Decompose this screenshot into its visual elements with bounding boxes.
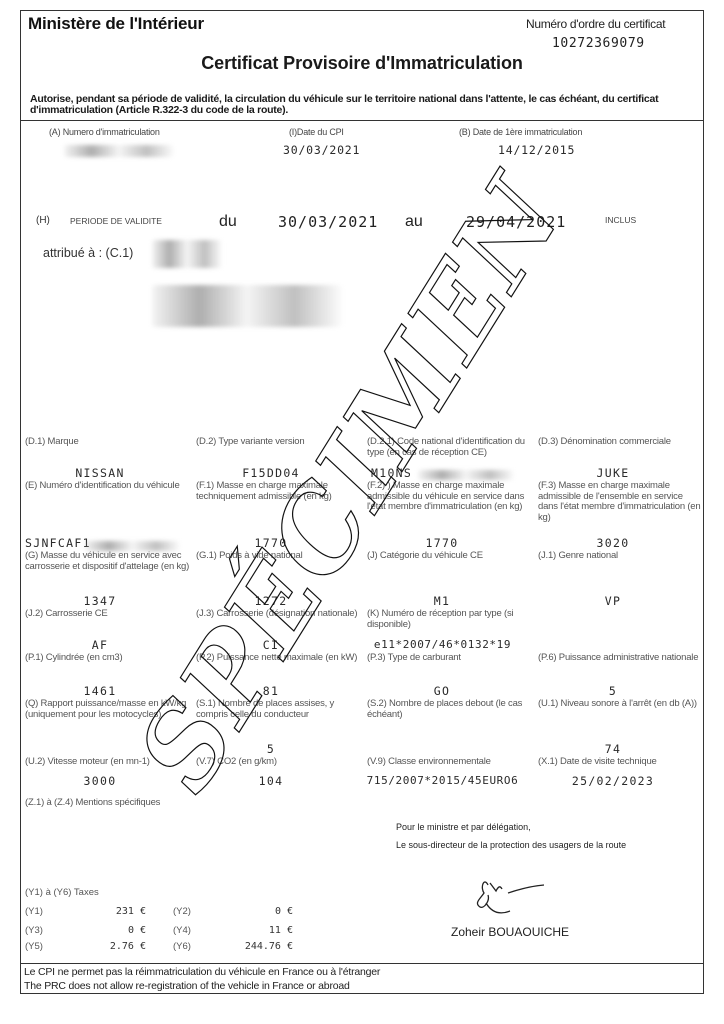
field-label: (Q) Rapport puissance/masse en kW/kg (un… — [25, 699, 190, 720]
order-number-label: Numéro d'ordre du certificat — [526, 17, 665, 31]
cpi-date-value: 30/03/2021 — [283, 143, 360, 157]
first-registration-date-value: 14/12/2015 — [498, 143, 575, 157]
field-value: CI — [191, 638, 351, 652]
tax-value: 244.76 € — [213, 941, 293, 952]
field-label: (U.1) Niveau sonore à l'arrêt (en db (A)… — [538, 699, 703, 710]
tax-value: 2.76 € — [66, 941, 146, 952]
field-label: (S.2) Nombre de places debout (le cas éc… — [367, 699, 532, 720]
field-value: 25/02/2023 — [533, 774, 693, 788]
taxes-title: (Y1) à (Y6) Taxes — [25, 887, 99, 898]
field-label: (J) Catégorie du véhicule CE — [367, 551, 532, 562]
signature-title: Le sous-directeur de la protection des u… — [396, 840, 626, 850]
redacted-vin-suffix — [85, 541, 180, 551]
field-value: 5 — [191, 742, 351, 756]
field-value: 1770 — [362, 536, 522, 550]
redacted-holder-line2 — [152, 285, 342, 327]
field-value: GO — [362, 684, 522, 698]
tax-label: (Y1) — [25, 906, 43, 917]
validity-period-label: PERIODE DE VALIDITE — [70, 216, 162, 226]
field-label: (F.3) Masse en charge maximale admissibl… — [538, 481, 703, 523]
tax-label: (Y4) — [173, 925, 191, 936]
validity-to-word: au — [405, 213, 423, 231]
footer-french: Le CPI ne permet pas la réimmatriculatio… — [24, 966, 380, 978]
redacted-registration-number — [64, 145, 174, 157]
field-value: VP — [533, 594, 693, 608]
field-value: 1347 — [20, 594, 180, 608]
tax-value: 11 € — [213, 925, 293, 936]
field-label: (D.2.1) Code national d'identification d… — [367, 437, 532, 458]
document-title-text: Certificat Provisoire d'Immatriculation — [201, 53, 522, 73]
first-registration-date-label: (B) Date de 1ère immatriculation — [459, 127, 582, 137]
field-label: (G.1) Poids à vide national — [196, 551, 361, 562]
validity-from-word: du — [219, 213, 237, 231]
field-value: 104 — [191, 774, 351, 788]
field-label: (P.3) Type de carburant — [367, 653, 532, 664]
registration-number-label: (A) Numero d'immatriculation — [49, 127, 160, 137]
field-value: M1 — [362, 594, 522, 608]
footer-divider — [20, 963, 704, 964]
field-label: (F.2) ) Masse en charge maximale admissi… — [367, 481, 532, 513]
field-value: 3020 — [533, 536, 693, 550]
tax-label: (Y3) — [25, 925, 43, 936]
field-value: AF — [20, 638, 180, 652]
attributed-to-label: attribué à : (C.1) — [43, 246, 133, 260]
field-label: (P.6) Puissance administrative nationale — [538, 653, 703, 664]
field-value: 715/2007*2015/45EURO6 — [355, 774, 530, 787]
field-label: (V.7) CO2 (en g/km) — [196, 757, 361, 768]
field-label: (U.2) Vitesse moteur (en mn-1) — [25, 757, 190, 768]
field-label: (J.2) Carrosserie CE — [25, 609, 190, 620]
ministry-name: Ministère de l'Intérieur — [28, 14, 204, 34]
field-label: (J.1) Genre national — [538, 551, 703, 562]
field-value: 1461 — [20, 684, 180, 698]
header-divider — [20, 120, 704, 121]
field-value: 5 — [533, 684, 693, 698]
cpi-date-label: (I)Date du CPI — [289, 127, 344, 137]
field-label: (S.1) Nombre de places assises, y compri… — [196, 699, 361, 720]
field-label: (J.3) Carrosserie (désignation nationale… — [196, 609, 361, 620]
specific-mentions-label: (Z.1) à (Z.4) Mentions spécifiques — [25, 798, 160, 809]
field-value: 74 — [533, 742, 693, 756]
field-label: (D.1) Marque — [25, 437, 190, 448]
tax-value: 0 € — [213, 906, 293, 917]
redacted-national-code-suffix — [418, 470, 514, 480]
tax-label: (Y2) — [173, 906, 191, 917]
field-value: e11*2007/46*0132*19 — [355, 638, 530, 651]
validity-to-date: 29/04/2021 — [466, 213, 566, 231]
field-value: 3000 — [20, 774, 180, 788]
field-label: (V.9) Classe environnementale — [367, 757, 532, 768]
validity-inclusive: INCLUS — [605, 215, 636, 225]
tax-value: 0 € — [66, 925, 146, 936]
field-value: 81 — [191, 684, 351, 698]
field-label: (K) Numéro de réception par type (si dis… — [367, 609, 532, 630]
signatory-name: Zoheir BOUAOUICHE — [451, 925, 569, 939]
field-value: NISSAN — [20, 466, 180, 480]
field-label: (P.2) Puissance nette maximale (en kW) — [196, 653, 361, 664]
field-label: (D.2) Type variante version — [196, 437, 361, 448]
authorisation-text: Autorise, pendant sa période de validité… — [30, 94, 700, 116]
field-label: (P.1) Cylindrée (en cm3) — [25, 653, 190, 664]
signature-scribble-icon — [470, 873, 570, 923]
document-title: Certificat Provisoire d'Immatriculation — [0, 53, 724, 74]
field-value: F15DD04 — [191, 466, 351, 480]
signature-delegation: Pour le ministre et par délégation, — [396, 822, 531, 832]
tax-label: (Y6) — [173, 941, 191, 952]
footer-english: The PRC does not allow re-registration o… — [24, 980, 350, 992]
field-value: JUKE — [533, 466, 693, 480]
field-label: (G) Masse du véhicule en service avec ca… — [25, 551, 190, 572]
field-label: (D.3) Dénomination commerciale — [538, 437, 703, 448]
redacted-holder-line1 — [152, 240, 222, 268]
order-number-value: 10272369079 — [552, 36, 645, 51]
field-label: (X.1) Date de visite technique — [538, 757, 703, 768]
tax-value: 231 € — [66, 906, 146, 917]
field-label: (E) Numéro d'identification du véhicule — [25, 481, 190, 492]
field-value: 1770 — [191, 536, 351, 550]
h-label: (H) — [36, 215, 50, 226]
field-value: 1272 — [191, 594, 351, 608]
field-label: (F.1) Masse en charge maximale technique… — [196, 481, 361, 502]
tax-label: (Y5) — [25, 941, 43, 952]
validity-from-date: 30/03/2021 — [278, 213, 378, 231]
